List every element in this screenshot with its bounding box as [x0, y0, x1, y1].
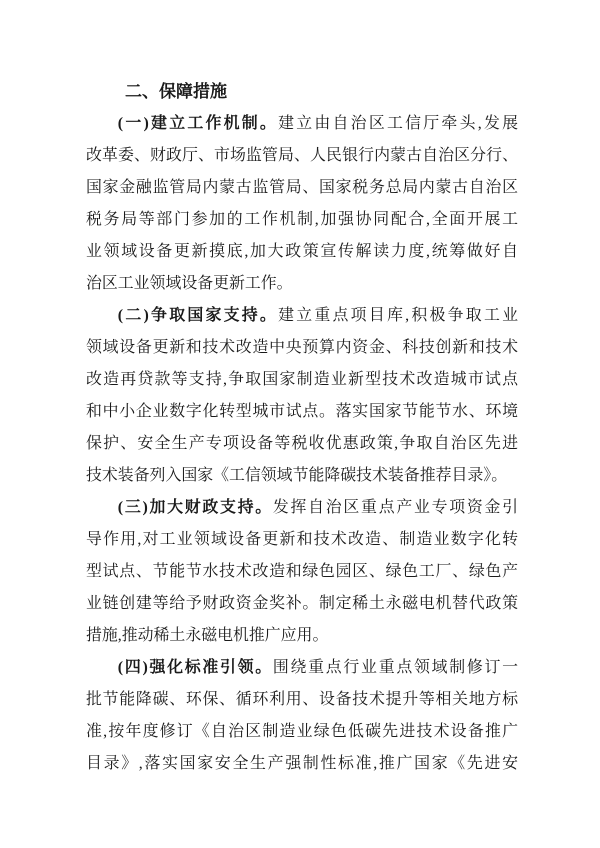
- text-line: 治区工业领域设备更新工作。: [86, 268, 518, 300]
- text-line: 改造再贷款等支持,争取国家制造业新型技术改造城市试点: [86, 364, 518, 396]
- paragraph-text: 领域设备更新和技术改造中央预算内资金、科技创新和技术: [86, 339, 518, 356]
- text-line: (三)加大财政支持。发挥自治区重点产业专项资金引: [86, 492, 518, 524]
- text-line: 领域设备更新和技术改造中央预算内资金、科技创新和技术: [86, 332, 518, 364]
- paragraph-text: 建立重点项目库,积极争取工业: [278, 307, 518, 324]
- paragraph-lead: (一)建立工作机制。: [118, 115, 278, 132]
- text-line: 措施,推动稀土永磁电机推广应用。: [86, 620, 518, 652]
- text-line: 批节能降碳、环保、循环利用、设备技术提升等相关地方标: [86, 684, 518, 716]
- text-line: 业链创建等给予财政资金奖补。制定稀土永磁电机替代政策: [86, 588, 518, 620]
- paragraph-text: 目录》,落实国家安全生产强制性标准,推广国家《先进安: [86, 755, 518, 772]
- paragraph-text: 业链创建等给予财政资金奖补。制定稀土永磁电机替代政策: [86, 595, 518, 612]
- text-line: 目录》,落实国家安全生产强制性标准,推广国家《先进安: [86, 748, 518, 780]
- text-line: 业领域设备更新摸底,加大政策宣传解读力度,统筹做好自: [86, 236, 518, 268]
- paragraph-text: 发挥自治区重点产业专项资金引: [273, 499, 518, 516]
- paragraph-text: 业领域设备更新摸底,加大政策宣传解读力度,统筹做好自: [86, 243, 518, 260]
- text-line: 改革委、财政厅、市场监管局、人民银行内蒙古自治区分行、: [86, 140, 518, 172]
- document-page: 二、保障措施 (一)建立工作机制。建立由自治区工信厅牵头,发展改革委、财政厅、市…: [0, 0, 600, 848]
- text-line: (二)争取国家支持。建立重点项目库,积极争取工业: [86, 300, 518, 332]
- paragraph-text: 保护、安全生产专项设备等税收优惠政策,争取自治区先进: [86, 435, 518, 452]
- text-line: 税务局等部门参加的工作机制,加强协同配合,全面开展工: [86, 204, 518, 236]
- text-line: 保护、安全生产专项设备等税收优惠政策,争取自治区先进: [86, 428, 518, 460]
- paragraph-lead: (二)争取国家支持。: [118, 307, 278, 324]
- paragraph-container: (一)建立工作机制。建立由自治区工信厅牵头,发展改革委、财政厅、市场监管局、人民…: [86, 108, 518, 780]
- paragraph-text: 治区工业领域设备更新工作。: [86, 275, 293, 292]
- paragraph-text: 税务局等部门参加的工作机制,加强协同配合,全面开展工: [86, 211, 518, 228]
- paragraph-text: 围绕重点行业重点领域制修订一: [273, 659, 518, 676]
- paragraph-text: 建立由自治区工信厅牵头,发展: [278, 115, 518, 132]
- text-line: 准,按年度修订《自治区制造业绿色低碳先进技术设备推广: [86, 716, 518, 748]
- text-line: 技术装备列入国家《工信领域节能降碳技术装备推荐目录》。: [86, 460, 518, 492]
- paragraph-text: 和中小企业数字化转型城市试点。落实国家节能节水、环境: [86, 403, 518, 420]
- text-line: (一)建立工作机制。建立由自治区工信厅牵头,发展: [86, 108, 518, 140]
- paragraph-text: 导作用,对工业领域设备更新和技术改造、制造业数字化转: [86, 531, 518, 548]
- text-line: 导作用,对工业领域设备更新和技术改造、制造业数字化转: [86, 524, 518, 556]
- text-line: 国家金融监管局内蒙古监管局、国家税务总局内蒙古自治区: [86, 172, 518, 204]
- paragraph-text: 准,按年度修订《自治区制造业绿色低碳先进技术设备推广: [86, 723, 518, 740]
- paragraph-text: 改造再贷款等支持,争取国家制造业新型技术改造城市试点: [86, 371, 518, 388]
- paragraph-text: 型试点、节能节水技术改造和绿色园区、绿色工厂、绿色产: [86, 563, 518, 580]
- paragraph-text: 批节能降碳、环保、循环利用、设备技术提升等相关地方标: [86, 691, 518, 708]
- paragraph-text: 国家金融监管局内蒙古监管局、国家税务总局内蒙古自治区: [86, 179, 518, 196]
- paragraph-lead: (四)强化标准引领。: [118, 659, 273, 676]
- text-line: 和中小企业数字化转型城市试点。落实国家节能节水、环境: [86, 396, 518, 428]
- document-body: 二、保障措施 (一)建立工作机制。建立由自治区工信厅牵头,发展改革委、财政厅、市…: [86, 76, 518, 780]
- paragraph-text: 技术装备列入国家《工信领域节能降碳技术装备推荐目录》。: [86, 467, 507, 484]
- paragraph-text: 措施,推动稀土永磁电机推广应用。: [86, 627, 328, 644]
- paragraph-text: 改革委、财政厅、市场监管局、人民银行内蒙古自治区分行、: [86, 147, 518, 164]
- text-line: (四)强化标准引领。围绕重点行业重点领域制修订一: [86, 652, 518, 684]
- paragraph-lead: (三)加大财政支持。: [118, 499, 273, 516]
- section-heading: 二、保障措施: [86, 76, 518, 108]
- text-line: 型试点、节能节水技术改造和绿色园区、绿色工厂、绿色产: [86, 556, 518, 588]
